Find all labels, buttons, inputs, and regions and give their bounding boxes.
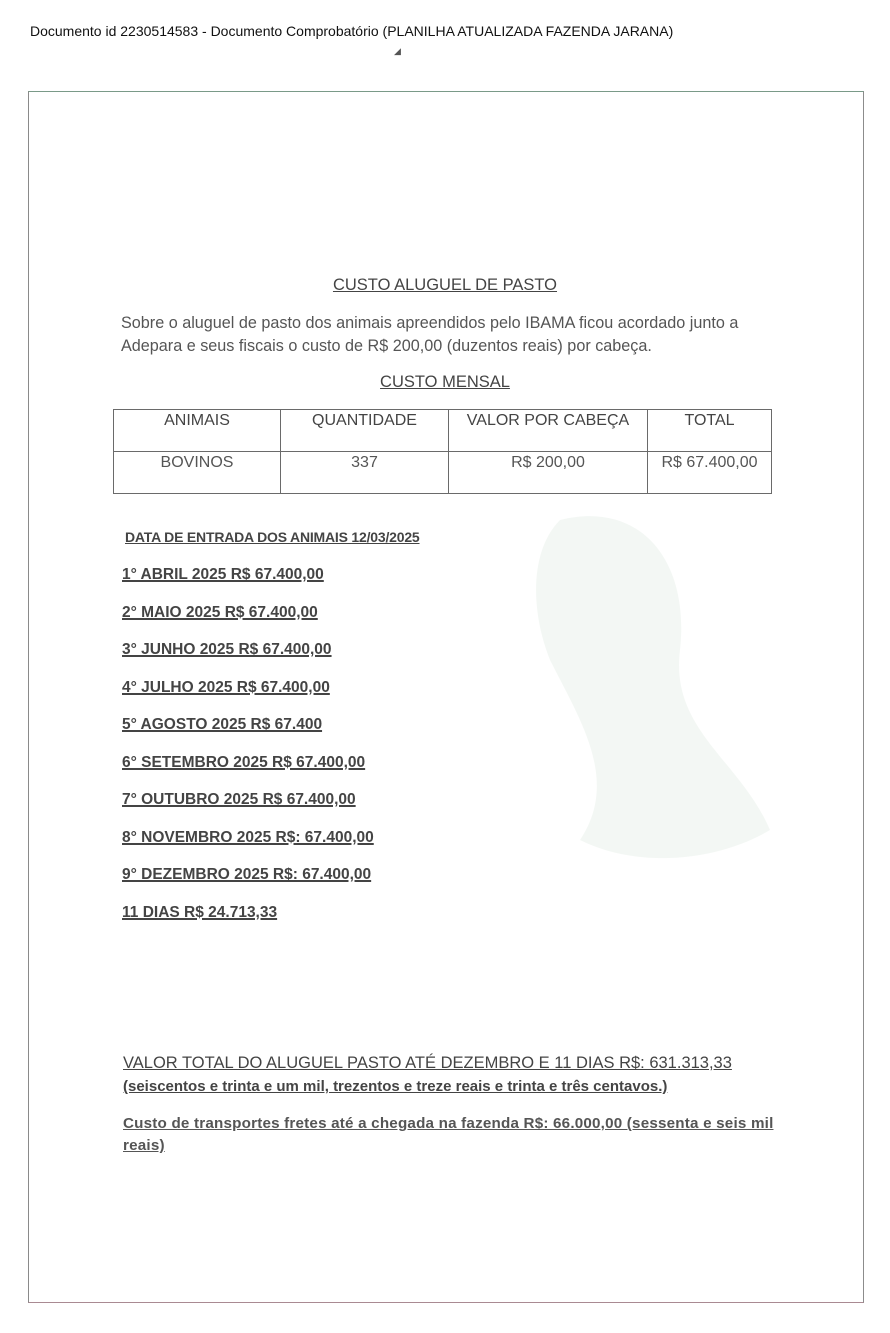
list-item: 8° NOVEMBRO 2025 R$: 67.400,00	[122, 829, 374, 867]
list-item: 7° OUTUBRO 2025 R$ 67.400,00	[122, 791, 374, 829]
list-item: 2° MAIO 2025 R$ 67.400,00	[122, 604, 374, 642]
column-header: VALOR POR CABEÇA	[449, 410, 648, 452]
table-cell: 337	[281, 452, 449, 494]
entry-date: DATA DE ENTRADA DOS ANIMAIS 12/03/2025	[125, 529, 420, 545]
column-header: ANIMAIS	[114, 410, 281, 452]
transport-cost: Custo de transportes fretes até a chegad…	[123, 1113, 783, 1157]
column-header: QUANTIDADE	[281, 410, 449, 452]
list-item: 11 DIAS R$ 24.713,33	[122, 904, 374, 942]
monthly-cost-table: ANIMAIS QUANTIDADE VALOR POR CABEÇA TOTA…	[113, 409, 772, 494]
total-rent-value: VALOR TOTAL DO ALUGUEL PASTO ATÉ DEZEMBR…	[123, 1052, 783, 1098]
scan-speck: ◢	[394, 46, 401, 57]
table-header-row: ANIMAIS QUANTIDADE VALOR POR CABEÇA TOTA…	[114, 410, 772, 452]
total-line: VALOR TOTAL DO ALUGUEL PASTO ATÉ DEZEMBR…	[123, 1052, 783, 1075]
monthly-payments-list: 1° ABRIL 2025 R$ 67.400,00 2° MAIO 2025 …	[122, 566, 374, 941]
monthly-cost-title: CUSTO MENSAL	[0, 373, 890, 392]
list-item: 6° SETEMBRO 2025 R$ 67.400,00	[122, 754, 374, 792]
table-cell: BOVINOS	[114, 452, 281, 494]
intro-paragraph: Sobre o aluguel de pasto dos animais apr…	[121, 312, 781, 358]
column-header: TOTAL	[648, 410, 772, 452]
table-row: BOVINOS 337 R$ 200,00 R$ 67.400,00	[114, 452, 772, 494]
list-item: 4° JULHO 2025 R$ 67.400,00	[122, 679, 374, 717]
list-item: 3° JUNHO 2025 R$ 67.400,00	[122, 641, 374, 679]
table-cell: R$ 67.400,00	[648, 452, 772, 494]
list-item: 1° ABRIL 2025 R$ 67.400,00	[122, 566, 374, 604]
page-title: CUSTO ALUGUEL DE PASTO	[0, 276, 890, 295]
document-id-header: Documento id 2230514583 - Documento Comp…	[30, 23, 673, 39]
list-item: 5° AGOSTO 2025 R$ 67.400	[122, 716, 374, 754]
list-item: 9° DEZEMBRO 2025 R$: 67.400,00	[122, 866, 374, 904]
total-in-words: (seiscentos e trinta e um mil, trezentos…	[123, 1075, 783, 1098]
table-cell: R$ 200,00	[449, 452, 648, 494]
